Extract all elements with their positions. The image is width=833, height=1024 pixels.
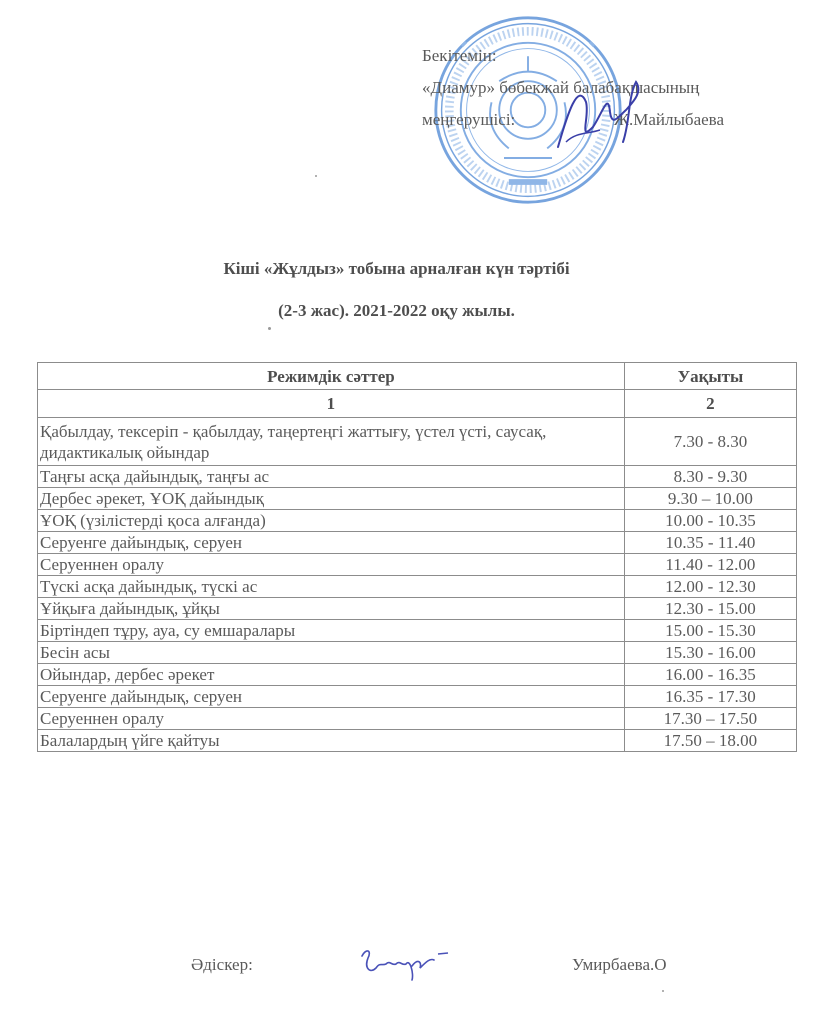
activity-cell: Бесін асы xyxy=(38,642,625,664)
table-row: Таңғы асқа дайындық, таңғы ас8.30 - 9.30 xyxy=(38,466,797,488)
table-row: Серуенге дайындық, серуен10.35 - 11.40 xyxy=(38,532,797,554)
methodologist-name: Умирбаева.О xyxy=(572,955,667,975)
time-cell: 15.30 - 16.00 xyxy=(624,642,796,664)
activity-cell: Ұйқыға дайындық, ұйқы xyxy=(38,598,625,620)
table-row: Серуеннен оралу11.40 - 12.00 xyxy=(38,554,797,576)
table-row: Серуенге дайындық, серуен16.35 - 17.30 xyxy=(38,686,797,708)
table-row: ҰОҚ (үзілістерді қоса алғанда)10.00 - 10… xyxy=(38,510,797,532)
activity-cell: Серуеннен оралу xyxy=(38,708,625,730)
activity-cell: Балалардың үйге қайтуы xyxy=(38,730,625,752)
methodologist-label: Әдіскер: xyxy=(191,955,253,975)
column-number-1: 1 xyxy=(38,390,625,418)
time-cell: 17.30 – 17.50 xyxy=(624,708,796,730)
scan-speck xyxy=(662,990,664,992)
document-title: Кіші «Жұлдыз» тобына арналған күн тәртіб… xyxy=(0,259,813,279)
scan-speck xyxy=(268,327,271,330)
time-cell: 7.30 - 8.30 xyxy=(624,418,796,466)
time-cell: 10.35 - 11.40 xyxy=(624,532,796,554)
time-cell: 15.00 - 15.30 xyxy=(624,620,796,642)
table-row: Қабылдау, тексеріп - қабылдау, таңертеңг… xyxy=(38,418,797,466)
table-row: Ұйқыға дайындық, ұйқы12.30 - 15.00 xyxy=(38,598,797,620)
time-cell: 10.00 - 10.35 xyxy=(624,510,796,532)
activity-cell: Серуеннен оралу xyxy=(38,554,625,576)
time-cell: 16.00 - 16.35 xyxy=(624,664,796,686)
activity-cell: Ойындар, дербес әрекет xyxy=(38,664,625,686)
table-header-row: Режимдік сәттер Уақыты xyxy=(38,363,797,390)
approval-role: меңгерушісі: xyxy=(422,110,515,129)
daily-schedule-table: Режимдік сәттер Уақыты 1 2 Қабылдау, тек… xyxy=(37,362,797,752)
column-number-row: 1 2 xyxy=(38,390,797,418)
header-time: Уақыты xyxy=(624,363,796,390)
table-row: Ойындар, дербес әрекет16.00 - 16.35 xyxy=(38,664,797,686)
table-row: Түскі асқа дайындық, түскі ас12.00 - 12.… xyxy=(38,576,797,598)
time-cell: 12.00 - 12.30 xyxy=(624,576,796,598)
table-row: Бесін асы15.30 - 16.00 xyxy=(38,642,797,664)
director-signature-icon xyxy=(548,72,648,162)
activity-cell: Түскі асқа дайындық, түскі ас xyxy=(38,576,625,598)
column-number-2: 2 xyxy=(624,390,796,418)
time-cell: 16.35 - 17.30 xyxy=(624,686,796,708)
activity-cell: Дербес әрекет, ҰОҚ дайындық xyxy=(38,488,625,510)
activity-cell: Қабылдау, тексеріп - қабылдау, таңертеңг… xyxy=(38,418,625,466)
time-cell: 12.30 - 15.00 xyxy=(624,598,796,620)
document-subtitle: (2-3 жас). 2021-2022 оқу жылы. xyxy=(0,301,813,321)
time-cell: 17.50 – 18.00 xyxy=(624,730,796,752)
time-cell: 11.40 - 12.00 xyxy=(624,554,796,576)
table-row: Серуеннен оралу17.30 – 17.50 xyxy=(38,708,797,730)
activity-cell: Таңғы асқа дайындық, таңғы ас xyxy=(38,466,625,488)
activity-cell: Серуенге дайындық, серуен xyxy=(38,532,625,554)
table-row: Біртіндеп тұру, ауа, су емшаралары15.00 … xyxy=(38,620,797,642)
table-row: Дербес әрекет, ҰОҚ дайындық9.30 – 10.00 xyxy=(38,488,797,510)
methodologist-signature-icon xyxy=(356,944,456,984)
header-activities: Режимдік сәттер xyxy=(38,363,625,390)
activity-cell: ҰОҚ (үзілістерді қоса алғанда) xyxy=(38,510,625,532)
time-cell: 8.30 - 9.30 xyxy=(624,466,796,488)
activity-cell: Біртіндеп тұру, ауа, су емшаралары xyxy=(38,620,625,642)
time-cell: 9.30 – 10.00 xyxy=(624,488,796,510)
activity-cell: Серуенге дайындық, серуен xyxy=(38,686,625,708)
approval-heading: Бекітемін: xyxy=(422,40,724,72)
table-row: Балалардың үйге қайтуы17.50 – 18.00 xyxy=(38,730,797,752)
scan-speck xyxy=(315,175,317,177)
